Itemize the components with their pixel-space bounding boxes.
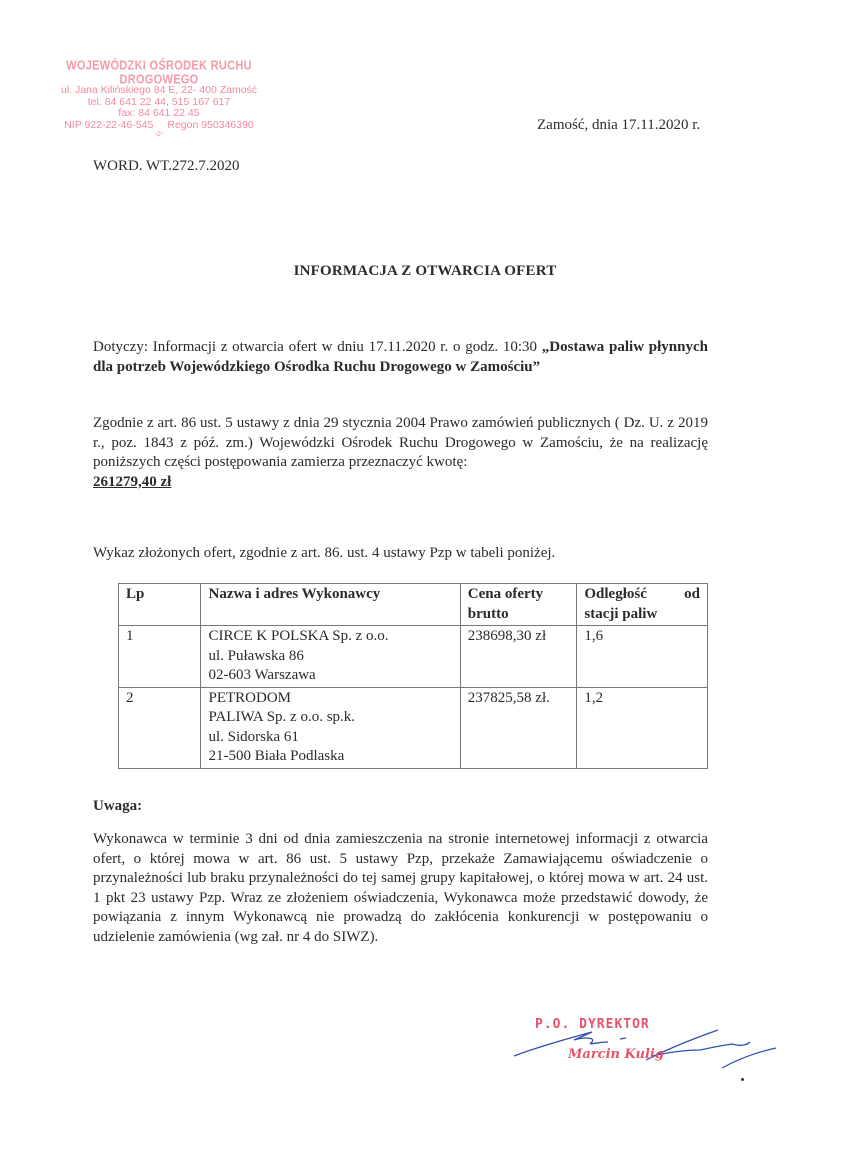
contractor-line: PALIWA Sp. z o.o. sp.k. [208,708,452,728]
stamp-nip: NIP 922-22-46-545 [64,120,153,132]
note-heading: Uwaga: [93,798,142,815]
stamp-ids: NIP 922-22-46-545 Regon 950346390 [36,120,282,132]
cell-price: 237825,58 zł. [460,687,577,768]
contractor-line: CIRCE K POLSKA Sp. z o.o. [208,627,452,647]
column-header-name: Nazwa i adres Wykonawcy [201,584,460,626]
stamp-regon: Regon 950346390 [167,120,253,132]
table-header-row: Lp Nazwa i adres Wykonawcy Cena oferty b… [119,584,708,626]
signature-block: P.O. DYREKTOR Marcin Kulig [500,1012,780,1082]
budget-amount: 261279,40 zł [93,474,171,490]
document-title: INFORMACJA Z OTWARCIA OFERT [0,263,850,280]
column-header-distance: Odległość od stacji paliw [577,584,708,626]
budget-paragraph: Zgodnie z art. 86 ust. 5 ustawy z dnia 2… [93,414,708,492]
ink-dot [741,1078,744,1081]
cell-lp: 1 [119,626,201,688]
cell-contractor: CIRCE K POLSKA Sp. z o.o.ul. Puławska 86… [201,626,460,688]
distance-header-line1: Odległość od [584,585,700,605]
cell-contractor: PETRODOMPALIWA Sp. z o.o. sp.k.ul. Sidor… [201,687,460,768]
table-row: 2PETRODOMPALIWA Sp. z o.o. sp.k.ul. Sido… [119,687,708,768]
cell-distance: 1,6 [577,626,708,688]
distance-header-word1: Odległość [584,585,647,605]
cell-lp: 2 [119,687,201,768]
offers-intro: Wykaz złożonych ofert, zgodnie z art. 86… [93,545,708,562]
distance-header-line2: stacji paliw [584,605,700,625]
subject-paragraph: Dotyczy: Informacji z otwarcia ofert w d… [93,338,708,377]
stamp-fax: fax: 84 641 22 45 [36,108,282,120]
price-header-line1: Cena oferty [468,585,570,605]
document-date: Zamość, dnia 17.11.2020 r. [537,117,700,134]
stamp-mark: -2- [36,131,282,139]
contractor-line: 21-500 Biała Podlaska [208,747,452,767]
cell-price: 238698,30 zł [460,626,577,688]
contractor-line: ul. Sidorska 61 [208,728,452,748]
note-text: Wykonawca w terminie 3 dni od dnia zamie… [93,830,708,947]
contractor-line: 02-603 Warszawa [208,666,452,686]
contractor-line: ul. Puławska 86 [208,647,452,667]
reference-number: WORD. WT.272.7.2020 [93,158,240,175]
budget-text: Zgodnie z art. 86 ust. 5 ustawy z dnia 2… [93,415,708,470]
table-row: 1CIRCE K POLSKA Sp. z o.o.ul. Puławska 8… [119,626,708,688]
cell-distance: 1,2 [577,687,708,768]
distance-header-word2: od [684,585,700,605]
offers-table: Lp Nazwa i adres Wykonawcy Cena oferty b… [118,583,708,769]
price-header-line2: brutto [468,605,570,625]
contractor-line: PETRODOM [208,689,452,709]
organization-stamp: WOJEWÓDZKI OŚRODEK RUCHU DROGOWEGO ul. J… [36,62,282,139]
column-header-price: Cena oferty brutto [460,584,577,626]
column-header-lp: Lp [119,584,201,626]
signature-role: P.O. DYREKTOR [535,1017,650,1032]
subject-intro: Dotyczy: Informacji z otwarcia ofert w d… [93,339,542,355]
signature-name: Marcin Kulig [568,1047,664,1062]
stamp-organization-name: WOJEWÓDZKI OŚRODEK RUCHU DROGOWEGO [36,60,282,86]
